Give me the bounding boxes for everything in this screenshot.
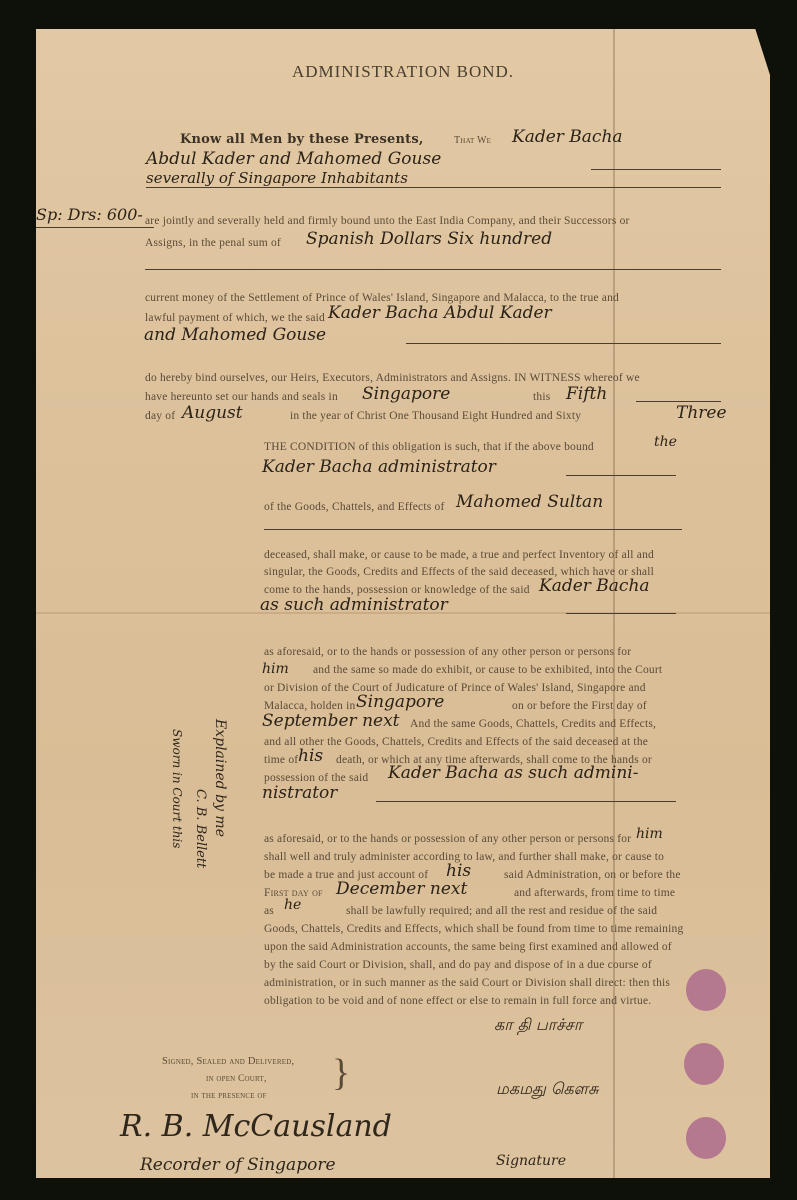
print-line: day of: [145, 410, 175, 422]
hand-month: August: [182, 403, 243, 423]
print-line: THE CONDITION of this obligation is such…: [264, 441, 594, 453]
print-line: said Administration, on or before the: [504, 869, 681, 881]
print-line: Assigns, in the penal sum of: [145, 237, 281, 249]
print-line: are jointly and severally held and firml…: [145, 215, 630, 227]
vertical-initials: C. B. Bellett: [193, 789, 208, 868]
print-line: and the same so made do exhibit, or caus…: [313, 664, 662, 676]
vertical-note-sworn: Sworn in Court this: [170, 729, 184, 848]
in-presence-of: in the presence of: [191, 1091, 267, 1101]
print-line: deceased, shall make, or cause to be mad…: [264, 549, 654, 561]
tamil-signature-1: கா தி பாச்சா: [494, 1015, 582, 1036]
rule: [146, 187, 721, 188]
print-line: by the said Court or Division, shall, an…: [264, 959, 652, 971]
hand-deceased: Mahomed Sultan: [456, 492, 603, 512]
rule: [591, 169, 721, 170]
hand-text: he: [284, 897, 301, 913]
hand-day: Fifth: [566, 384, 607, 404]
hand-text: his: [446, 861, 471, 881]
margin-underline: [36, 227, 154, 228]
hand-place: Singapore: [362, 384, 450, 404]
print-line: do hereby bind ourselves, our Heirs, Exe…: [145, 372, 640, 384]
hand-obligor-1: Kader Bacha: [512, 127, 623, 147]
wax-seal-3: [686, 1117, 726, 1159]
hand-text: him: [262, 661, 289, 677]
print-line: on or before the First day of: [512, 700, 647, 712]
print-line: Goods, Chattels, Credits and Effects, wh…: [264, 923, 683, 935]
print-line: this: [533, 391, 550, 403]
vertical-note-explained: Explained by me: [212, 719, 228, 837]
print-line: upon the said Administration accounts, t…: [264, 941, 672, 953]
print-line: in the year of Christ One Thousand Eight…: [290, 410, 581, 422]
print-line: and afterwards, from time to time: [514, 887, 675, 899]
that-we: That We: [454, 135, 491, 146]
print-line: as aforesaid, or to the hands or possess…: [264, 646, 631, 658]
hand-obligors-2: Abdul Kader and Mahomed Gouse: [146, 149, 441, 169]
witness-signature: R. B. McCausland: [120, 1109, 392, 1144]
print-line: shall be lawfully required; and all the …: [346, 905, 657, 917]
hand-year: Three: [676, 403, 727, 423]
rule: [376, 801, 676, 802]
hand-text: the: [654, 434, 677, 450]
hand-obligors: and Mahomed Gouse: [144, 325, 326, 345]
print-line: And the same Goods, Chattels, Credits an…: [410, 718, 656, 730]
hand-month: September next: [262, 711, 400, 731]
rule: [145, 269, 721, 270]
print-line: have hereunto set our hands and seals in: [145, 391, 338, 403]
hand-residence: severally of Singapore Inhabitants: [146, 169, 408, 187]
print-line: as: [264, 905, 274, 917]
brace: }: [332, 1051, 350, 1095]
print-line: time of: [264, 754, 298, 766]
wax-seal-1: [686, 969, 726, 1011]
hand-penal-sum: Spanish Dollars Six hundred: [306, 229, 552, 249]
hand-text: him: [636, 826, 663, 842]
print-line: obligation to be void and of none effect…: [264, 995, 651, 1007]
rule: [406, 343, 721, 344]
witness-title: Recorder of Singapore: [140, 1155, 336, 1175]
wax-seal-2: [684, 1043, 724, 1085]
hand-administrator: Kader Bacha administrator: [262, 457, 496, 477]
print-line: or Division of the Court of Judicature o…: [264, 682, 646, 694]
hand-text: Singapore: [356, 692, 444, 712]
in-open-court: in open Court,: [206, 1074, 267, 1084]
print-line: administration, or in such manner as the…: [264, 977, 670, 989]
print-line: as aforesaid, or to the hands or possess…: [264, 833, 631, 845]
rule: [636, 401, 721, 402]
preamble-gothic: Know all Men by these Presents,: [180, 132, 424, 147]
bond-document: ADMINISTRATION BOND. Sp: Drs: 600- Know …: [36, 29, 770, 1178]
hand-month: December next: [336, 879, 467, 899]
signed-sealed-delivered: Signed, Sealed and Delivered,: [162, 1056, 294, 1067]
hand-text: Kader Bacha: [539, 576, 650, 596]
document-title: ADMINISTRATION BOND.: [36, 62, 770, 82]
rule: [566, 475, 676, 476]
hand-text: Kader Bacha as such admini-: [388, 763, 638, 783]
print-line: lawful payment of which, we the said: [145, 312, 325, 324]
tamil-signature-2: மகமது கௌசு: [496, 1079, 599, 1100]
signature-3: Signature: [496, 1153, 566, 1169]
print-line: of the Goods, Chattels, and Effects of: [264, 501, 445, 513]
hand-text: nistrator: [262, 783, 337, 803]
rule: [566, 613, 676, 614]
rule: [264, 529, 682, 530]
hand-text: his: [298, 746, 323, 766]
margin-amount-note: Sp: Drs: 600-: [36, 205, 143, 224]
hand-text: as such administrator: [260, 595, 448, 615]
hand-obligors: Kader Bacha Abdul Kader: [328, 303, 552, 323]
